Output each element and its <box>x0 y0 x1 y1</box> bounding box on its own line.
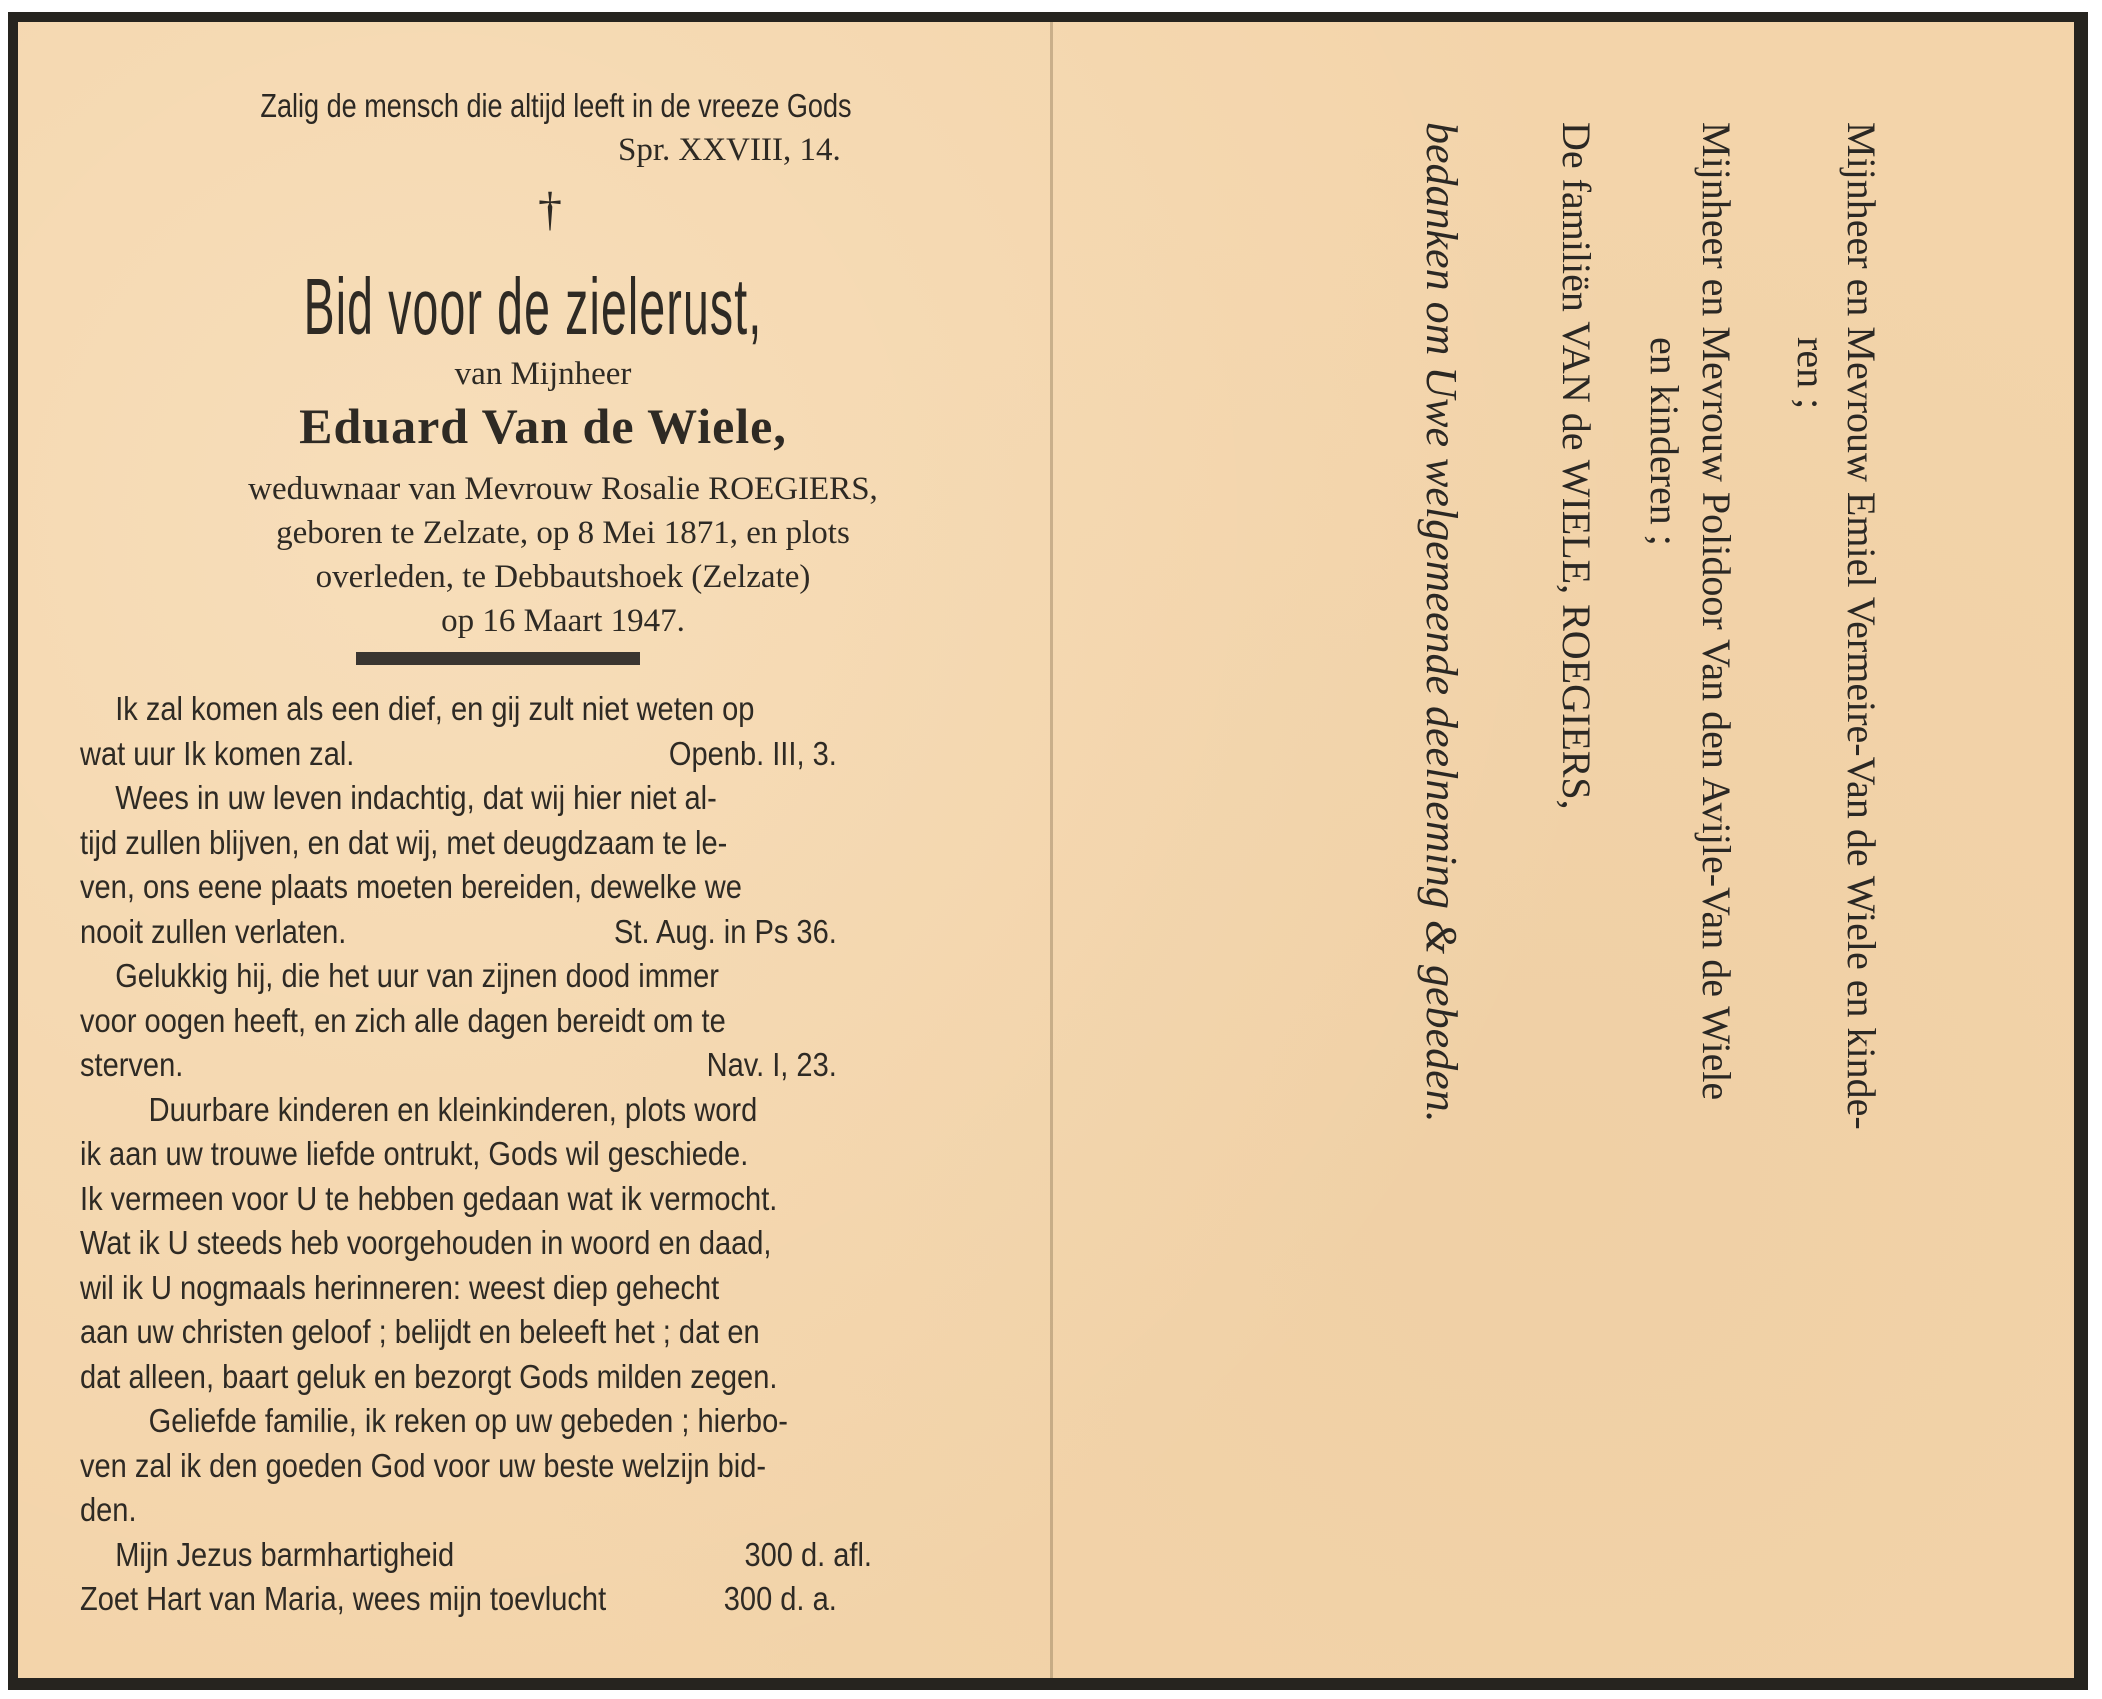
acknowledgement-line: De familiën VAN de WIELE, ROEGIERS, <box>1554 122 1598 810</box>
body-line: nooit zullen verlaten.St. Aug. in Ps 36. <box>80 910 960 955</box>
scripture-reference: 300 d. a. <box>724 1577 837 1622</box>
body-line: dat alleen, baart geluk en bezorgt Gods … <box>80 1355 960 1400</box>
body-line: Ik zal komen als een dief, en gij zult n… <box>80 687 995 732</box>
acknowledgement-line: bedanken om Uwe welgemeende deelneming &… <box>1419 122 1463 1123</box>
body-line: tijd zullen blijven, en dat wij, met deu… <box>80 821 960 866</box>
body-line: aan uw christen geloof ; belijdt en bele… <box>80 1310 960 1355</box>
body-line-text: Zoet Hart van Maria, wees mijn toevlucht <box>80 1577 606 1622</box>
body-line-text: wil ik U nogmaals herinneren: weest diep… <box>80 1266 719 1311</box>
detail-line: geboren te Zelzate, op 8 Mei 1871, en pl… <box>58 511 1068 555</box>
left-panel: Zalig de mensch die altijd leeft in de v… <box>18 22 1048 1678</box>
detail-line: op 16 Maart 1947. <box>58 599 1068 643</box>
right-panel: Mijnheer en Mevrouw Emiel Vermeire-Van d… <box>1054 22 2074 1678</box>
scripture-reference: Openb. III, 3. <box>669 732 837 777</box>
body-line-text: Gelukkig hij, die het uur van zijnen doo… <box>115 954 719 999</box>
body-line-text: tijd zullen blijven, en dat wij, met deu… <box>80 821 727 866</box>
biographical-details: weduwnaar van Mevrouw Rosalie ROEGIERS, … <box>58 467 1068 643</box>
body-line: wil ik U nogmaals herinneren: weest diep… <box>80 1266 960 1311</box>
body-line: Geliefde familie, ik reken op uw gebeden… <box>80 1399 1029 1444</box>
cross-icon: † <box>538 184 562 236</box>
body-line-text: Ik zal komen als een dief, en gij zult n… <box>115 687 754 732</box>
body-line-text: Ik vermeen voor U te hebben gedaan wat i… <box>80 1177 777 1222</box>
body-line-text: nooit zullen verlaten. <box>80 910 346 955</box>
body-line-text: dat alleen, baart geluk en bezorgt Gods … <box>80 1355 777 1400</box>
card-title: Bid voor de zielerust, <box>234 262 831 352</box>
body-line-text: ven, ons eene plaats moeten bereiden, de… <box>80 865 742 910</box>
body-line: sterven.Nav. I, 23. <box>80 1043 960 1088</box>
scripture-reference: St. Aug. in Ps 36. <box>614 910 837 955</box>
body-line: Wat ik U steeds heb voorgehouden in woor… <box>80 1221 960 1266</box>
body-line: ven zal ik den goeden God voor uw beste … <box>80 1444 960 1489</box>
body-line-text: wat uur Ik komen zal. <box>80 732 354 777</box>
body-line-text: ik aan uw trouwe liefde ontrukt, Gods wi… <box>80 1132 748 1177</box>
scripture-reference: 300 d. afl. <box>744 1533 872 1578</box>
body-line-text: ven zal ik den goeden God voor uw beste … <box>80 1444 766 1489</box>
detail-line: overleden, te Debbautshoek (Zelzate) <box>58 555 1068 599</box>
body-line-text: Wees in uw leven indachtig, dat wij hier… <box>115 776 717 821</box>
body-line: Ik vermeen voor U te hebben gedaan wat i… <box>80 1177 960 1222</box>
body-line: wat uur Ik komen zal.Openb. III, 3. <box>80 732 960 777</box>
acknowledgement-line: Mijnheer en Mevrouw Polidoor Van den Avi… <box>1694 122 1738 1100</box>
body-line-text: Wat ik U steeds heb voorgehouden in woor… <box>80 1221 771 1266</box>
body-text: Ik zal komen als een dief, en gij zult n… <box>80 687 1010 1622</box>
body-line: ven, ons eene plaats moeten bereiden, de… <box>80 865 960 910</box>
body-line: voor oogen heeft, en zich alle dagen ber… <box>80 999 960 1044</box>
body-line: den. <box>80 1488 960 1533</box>
body-line: Mijn Jezus barmhartigheid300 d. afl. <box>80 1533 995 1578</box>
detail-line: weduwnaar van Mevrouw Rosalie ROEGIERS, <box>58 467 1068 511</box>
body-line: ik aan uw trouwe liefde ontrukt, Gods wi… <box>80 1132 960 1177</box>
divider-rule <box>356 652 640 665</box>
body-line-text: voor oogen heeft, en zich alle dagen ber… <box>80 999 726 1044</box>
body-line: Zoet Hart van Maria, wees mijn toevlucht… <box>80 1577 960 1622</box>
body-line: Duurbare kinderen en kleinkinderen, plot… <box>80 1088 1029 1133</box>
body-line-text: Duurbare kinderen en kleinkinderen, plot… <box>149 1088 758 1133</box>
acknowledgement-line: en kinderen ; <box>1642 337 1686 546</box>
subtitle: van Mijnheer <box>18 356 1068 393</box>
body-line-text: den. <box>80 1488 137 1533</box>
body-line-text: sterven. <box>80 1043 183 1088</box>
memorial-card: Zalig de mensch die altijd leeft in de v… <box>8 12 2088 1690</box>
body-line-text: Mijn Jezus barmhartigheid <box>115 1533 454 1578</box>
body-line-text: aan uw christen geloof ; belijdt en bele… <box>80 1310 760 1355</box>
fold-crease <box>1050 22 1053 1678</box>
acknowledgement-line: ren ; <box>1789 337 1833 409</box>
scripture-reference: Nav. I, 23. <box>707 1043 837 1088</box>
body-line-text: Geliefde familie, ik reken op uw gebeden… <box>149 1399 788 1444</box>
acknowledgement-line: Mijnheer en Mevrouw Emiel Vermeire-Van d… <box>1839 122 1883 1130</box>
epigraph-reference: Spr. XXVIII, 14. <box>618 132 841 169</box>
body-line: Wees in uw leven indachtig, dat wij hier… <box>80 776 995 821</box>
body-line: Gelukkig hij, die het uur van zijnen doo… <box>80 954 995 999</box>
deceased-name: Eduard Van de Wiele, <box>18 397 1068 455</box>
epigraph-text: Zalig de mensch die altijd leeft in de v… <box>199 86 912 126</box>
